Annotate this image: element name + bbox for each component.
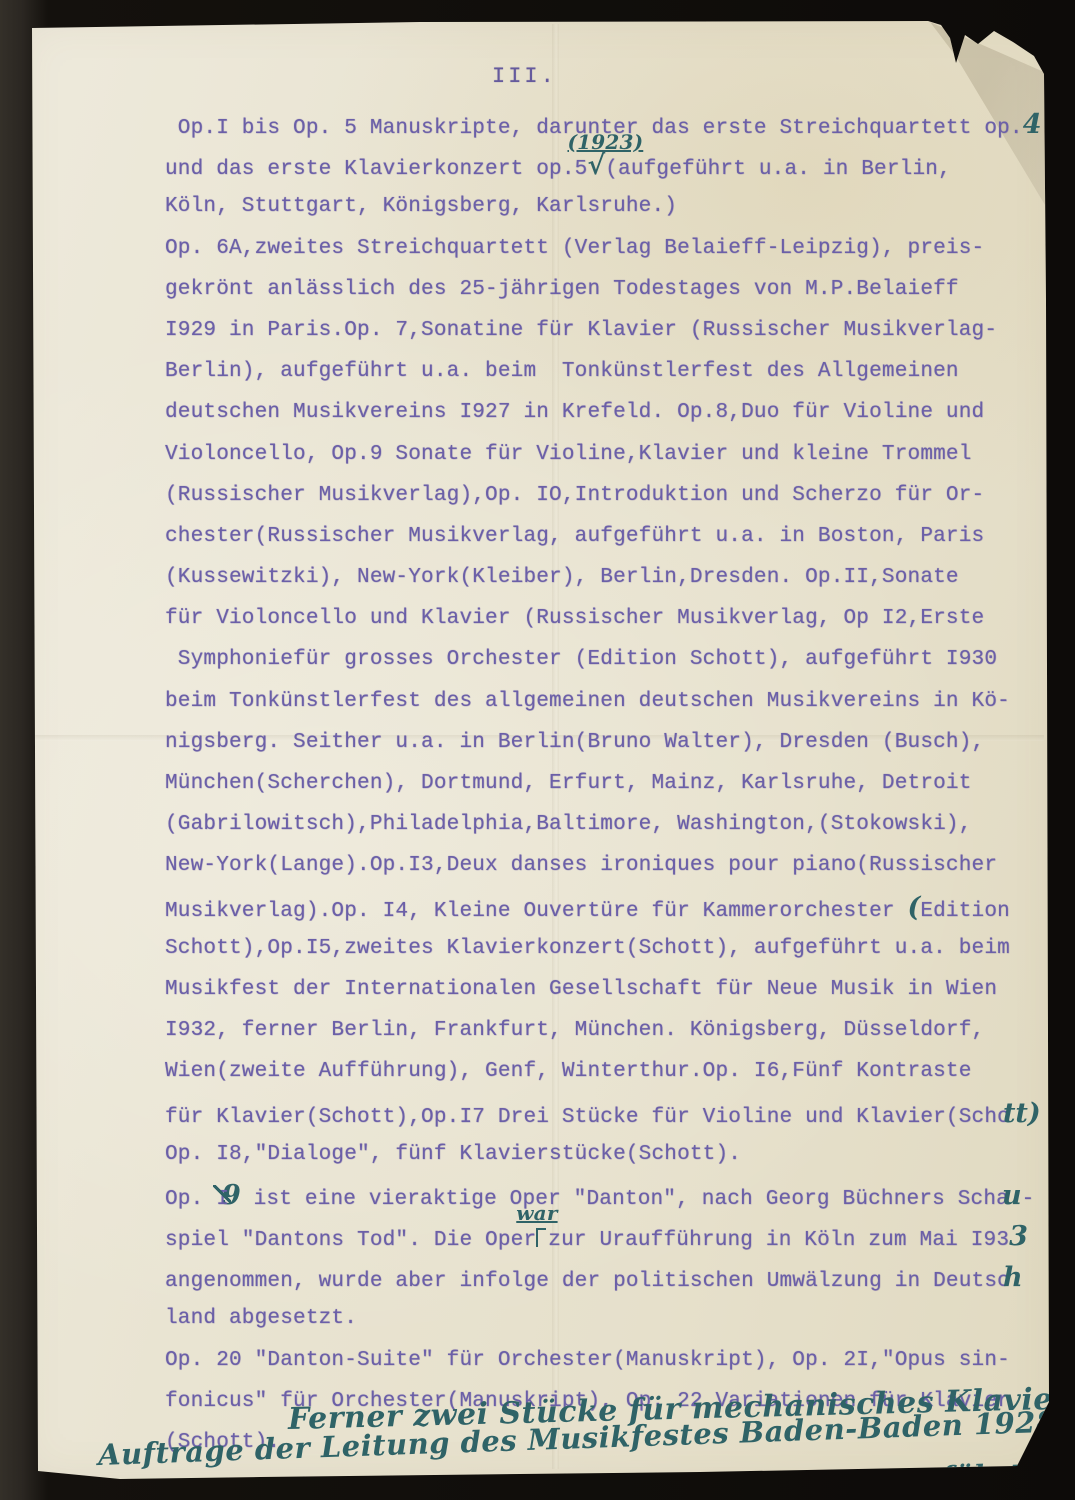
typed-text: I932, ferner Berlin, Frankfurt, München.… (165, 1019, 984, 1042)
typewritten-line: nigsberg. Seither u.a. in Berlin(Bruno W… (165, 722, 1035, 763)
typewritten-line: Violoncello, Op.9 Sonate für Violine,Kla… (165, 434, 1035, 475)
typed-text: deutschen Musikvereins I927 in Krefeld. … (165, 401, 984, 424)
typed-text: Schott),Op.I5,zweites Klavierkonzert(Sch… (165, 937, 1010, 960)
typewritten-line: für Klavier(Schott),Op.I7 Drei Stücke fü… (165, 1093, 1035, 1134)
typed-text: Köln, Stuttgart, Königsberg, Karlsruhe.) (165, 195, 677, 218)
typed-text: für Violoncello und Klavier (Russischer … (165, 607, 984, 630)
typed-text: Symphoniefür grosses Orchester (Edition … (165, 648, 997, 671)
typewritten-line: deutschen Musikvereins I927 in Krefeld. … (165, 392, 1035, 433)
typed-text: (Russischer Musikverlag),Op. IO,Introduk… (165, 484, 984, 507)
typed-text: ist eine vieraktige Oper "Danton", nach … (241, 1188, 1009, 1211)
typed-text: nigsberg. Seither u.a. in Berlin(Bruno W… (165, 731, 984, 754)
handwritten-correction: ( (908, 892, 921, 923)
document-photo: III. Op.I bis Op. 5 Manuskripte, darunte… (0, 0, 1075, 1500)
typewritten-line: Schott),Op.I5,zweites Klavierkonzert(Sch… (165, 928, 1035, 969)
typed-text: Berlin), aufgeführt u.a. beim Tonkünstle… (165, 360, 959, 383)
typewritten-line: Symphoniefür grosses Orchester (Edition … (165, 639, 1035, 680)
typewritten-line: Musikfest der Internationalen Gesellscha… (165, 969, 1035, 1010)
handwritten-note: -führt. (929, 1458, 1032, 1493)
typed-text: Wien(zweite Aufführung), Genf, Winterthu… (165, 1060, 972, 1083)
typewritten-line: Op. 6A,zweites Streichquartett (Verlag B… (165, 228, 1035, 269)
typewritten-line: Wien(zweite Aufführung), Genf, Winterthu… (165, 1051, 1035, 1092)
page-number-heading: III. (492, 64, 557, 89)
typed-text: land abgesetzt. (165, 1307, 357, 1330)
typewritten-line: Köln, Stuttgart, Königsberg, Karlsruhe.) (165, 186, 1035, 227)
typewritten-text: Op.I bis Op. 5 Manuskripte, darunter das… (165, 104, 1035, 1463)
typed-text: angenommen, wurde aber infolge der polit… (165, 1270, 1010, 1293)
typed-text: München(Scherchen), Dortmund, Erfurt, Ma… (165, 772, 972, 795)
handwritten-correction: tt) (1003, 1098, 1041, 1129)
typewritten-line: spiel "Dantons Tod". Die Operwarzur Urau… (165, 1216, 1035, 1257)
handwritten-correction: 4 (1023, 109, 1042, 140)
typewritten-line: New-York(Lange).Op.I3,Deux danses ironiq… (165, 845, 1035, 886)
typed-text: chester(Russischer Musikverlag, aufgefüh… (165, 525, 984, 548)
handwritten-correction: h (1003, 1262, 1023, 1293)
typed-text: I929 in Paris.Op. 7,Sonatine für Klavier… (165, 319, 997, 342)
typed-text: beim Tonkünstlerfest des allgemeinen deu… (165, 690, 1010, 713)
typewritten-line: Op. I8,"Dialoge", fünf Klavierstücke(Sch… (165, 1134, 1035, 1175)
typed-text: - (1022, 1188, 1035, 1211)
typewritten-line: land abgesetzt. (165, 1298, 1035, 1339)
typed-text: Op. I8,"Dialoge", fünf Klavierstücke(Sch… (165, 1143, 741, 1166)
typewritten-line: beim Tonkünstlerfest des allgemeinen deu… (165, 681, 1035, 722)
typed-text: und das erste Klavierkonzert op.5 (165, 158, 587, 181)
typewritten-line: (Russischer Musikverlag),Op. IO,Introduk… (165, 475, 1035, 516)
typed-text: New-York(Lange).Op.I3,Deux danses ironiq… (165, 854, 997, 877)
typewritten-line: und das erste Klavierkonzert op.5(1923)√… (165, 145, 1035, 186)
typewritten-line: München(Scherchen), Dortmund, Erfurt, Ma… (165, 763, 1035, 804)
typed-text: Musikfest der Internationalen Gesellscha… (165, 978, 997, 1001)
typed-text: Op. 6A,zweites Streichquartett (Verlag B… (165, 237, 984, 260)
typewritten-line: angenommen, wurde aber infolge der polit… (165, 1257, 1035, 1298)
paper-sheet: III. Op.I bis Op. 5 Manuskripte, darunte… (0, 0, 1075, 1500)
typed-text: (Kussewitzki), New-York(Kleiber), Berlin… (165, 566, 959, 589)
typed-text: (aufgeführt u.a. in Berlin, (605, 158, 951, 181)
typewritten-line: I929 in Paris.Op. 7,Sonatine für Klavier… (165, 310, 1035, 351)
typewritten-line: (Gabrilowitsch),Philadelphia,Baltimore, … (165, 804, 1035, 845)
handwritten-correction (536, 1228, 546, 1247)
typewritten-line: (Kussewitzki), New-York(Kleiber), Berlin… (165, 557, 1035, 598)
typed-text: gekrönt anlässlich des 25-jährigen Todes… (165, 278, 959, 301)
typewritten-line: Musikverlag).Op. I4, Kleine Ouvertüre fü… (165, 887, 1035, 928)
typed-text: zur Uraufführung in Köln zum Mai I93 (548, 1229, 1009, 1252)
typewritten-line: Op. 20 "Danton-Suite" für Orchester(Manu… (165, 1340, 1035, 1381)
typed-text: spiel "Dantons Tod". Die Oper (165, 1229, 536, 1252)
handwritten-correction: I (216, 1179, 229, 1220)
typed-text: Op. 20 "Danton-Suite" für Orchester(Manu… (165, 1349, 1010, 1372)
handwritten-correction: 3 (1009, 1221, 1028, 1252)
typed-text: Edition (920, 900, 1010, 923)
typewritten-line: gekrönt anlässlich des 25-jährigen Todes… (165, 269, 1035, 310)
typed-text: für Klavier(Schott),Op.I7 Drei Stücke fü… (165, 1106, 1010, 1129)
typewritten-line: Op. I9 ist eine vieraktige Oper "Danton"… (165, 1175, 1035, 1216)
typewritten-line: für Violoncello und Klavier (Russischer … (165, 598, 1035, 639)
handwritten-correction: u (1002, 1180, 1022, 1211)
typewritten-line: chester(Russischer Musikverlag, aufgefüh… (165, 516, 1035, 557)
typewritten-line: I932, ferner Berlin, Frankfurt, München.… (165, 1010, 1035, 1051)
typed-text: Op. (165, 1188, 216, 1211)
typed-text: Violoncello, Op.9 Sonate für Violine,Kla… (165, 443, 972, 466)
typed-text: (Gabrilowitsch),Philadelphia,Baltimore, … (165, 813, 972, 836)
typewritten-line: Berlin), aufgeführt u.a. beim Tonkünstle… (165, 351, 1035, 392)
typed-text: Musikverlag).Op. I4, Kleine Ouvertüre fü… (165, 900, 908, 923)
handwritten-correction: √ (587, 150, 605, 181)
